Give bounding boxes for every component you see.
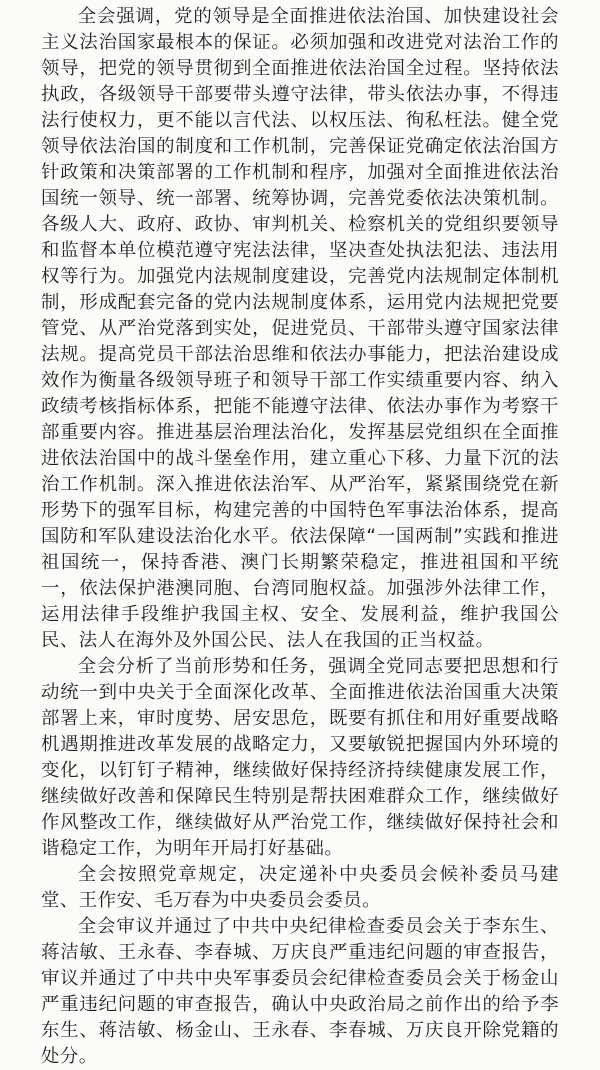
paragraph-rule-of-law-leadership: 全会强调，党的领导是全面推进依法治国、加快建设社会主义法治国家最根本的保证。必须… (41, 4, 559, 654)
paragraph-situation-and-tasks: 全会分析了当前形势和任务，强调全党同志要把思想和行动统一到中央关于全面深化改革、… (41, 654, 559, 835)
document-body: 全会强调，党的领导是全面推进依法治国、加快建设社会主义法治国家最根本的保证。必须… (41, 4, 559, 835)
